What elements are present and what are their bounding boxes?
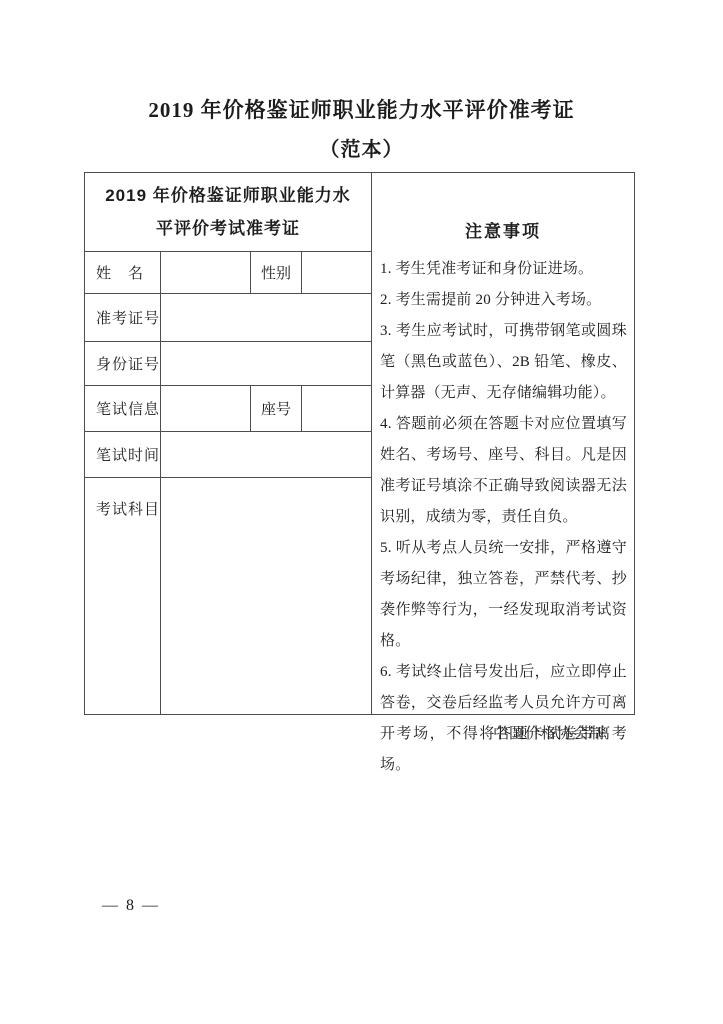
notes-list: 1. 考生凭准考证和身份证进场。2. 考生需提前 20 分钟进入考场。3. 考生… <box>372 254 634 781</box>
seat-value-cell <box>301 386 371 431</box>
note-item: 3. 考生应考试时，可携带钢笔或圆珠笔（黑色或蓝色）、2B 铅笔、橡皮、计算器（… <box>380 316 627 409</box>
note-item: 2. 考生需提前 20 分钟进入考场。 <box>380 285 627 316</box>
notes-title: 注意事项 <box>372 217 634 242</box>
written-info-label: 笔试信息 <box>85 386 160 431</box>
exam-subjects-label: 考试科目 <box>85 478 160 714</box>
row-name: 姓 名 性别 <box>85 251 371 293</box>
row-id-no: 身份证号 <box>85 341 371 385</box>
row-written-info: 笔试信息 座号 <box>85 385 371 431</box>
admission-no-label: 准考证号 <box>85 294 160 341</box>
ticket-header-line1: 2019 年价格鉴证师职业能力水 <box>105 179 351 212</box>
name-value-cell <box>160 252 250 293</box>
issuer-credit: 中国价格协会制 <box>84 722 635 743</box>
id-no-value-cell <box>160 342 371 385</box>
admission-ticket-table: 2019 年价格鉴证师职业能力水 平评价考试准考证 姓 名 性别 准考证号 身份… <box>84 172 635 715</box>
document-title: 2019 年价格鉴证师职业能力水平评价准考证 <box>0 94 723 124</box>
admission-no-value-cell <box>160 294 371 341</box>
page-number: — 8 — <box>102 897 160 915</box>
ticket-header: 2019 年价格鉴证师职业能力水 平评价考试准考证 <box>85 173 371 251</box>
written-time-label: 笔试时间 <box>85 432 160 477</box>
note-item: 4. 答题前必须在答题卡对应位置填写姓名、考场号、座号、科目。凡是因准考证号填涂… <box>380 409 627 533</box>
document-subtitle: （范本） <box>0 133 723 162</box>
row-written-time: 笔试时间 <box>85 431 371 477</box>
row-admission-no: 准考证号 <box>85 293 371 341</box>
gender-label: 性别 <box>250 252 301 293</box>
written-time-value-cell <box>160 432 371 477</box>
ticket-header-line2: 平评价考试准考证 <box>156 212 300 245</box>
notes-section: 注意事项 1. 考生凭准考证和身份证进场。2. 考生需提前 20 分钟进入考场。… <box>372 173 634 714</box>
document-page: 2019 年价格鉴证师职业能力水平评价准考证 （范本） 2019 年价格鉴证师职… <box>0 0 723 1024</box>
exam-subjects-value-cell <box>160 478 371 714</box>
note-item: 1. 考生凭准考证和身份证进场。 <box>380 254 627 285</box>
seat-label: 座号 <box>250 386 301 431</box>
name-label: 姓 名 <box>85 252 160 293</box>
gender-value-cell <box>301 252 371 293</box>
note-item: 5. 听从考点人员统一安排，严格遵守考场纪律，独立答卷，严禁代考、抄袭作弊等行为… <box>380 533 627 657</box>
written-info-value-cell <box>160 386 250 431</box>
ticket-form-section: 2019 年价格鉴证师职业能力水 平评价考试准考证 姓 名 性别 准考证号 身份… <box>85 173 372 714</box>
row-exam-subjects: 考试科目 <box>85 477 371 714</box>
note-item: 6. 考试终止信号发出后，应立即停止答卷，交卷后经监考人员允许方可离开考场，不得… <box>380 657 627 781</box>
id-no-label: 身份证号 <box>85 342 160 385</box>
